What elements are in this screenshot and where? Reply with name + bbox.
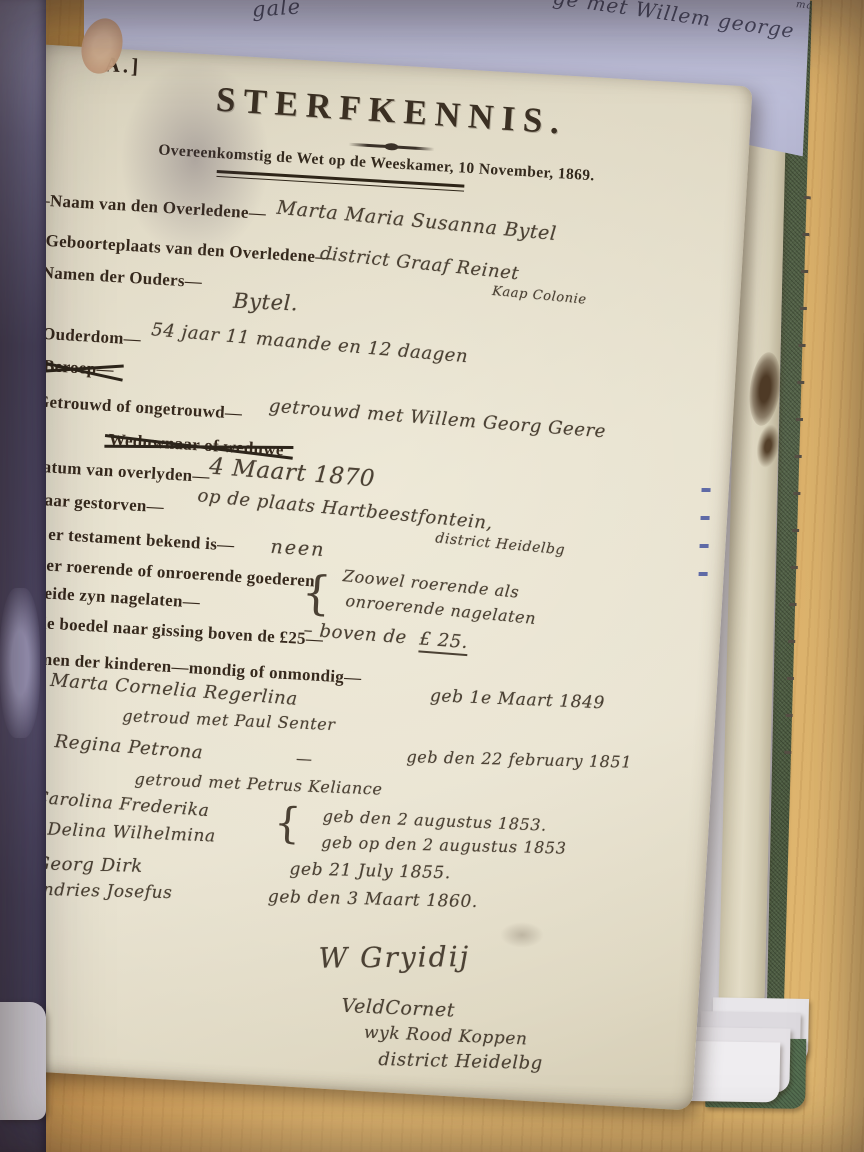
- field-datum-value: 4 Maart 1870: [208, 454, 376, 493]
- lavender-patch: [0, 588, 40, 738]
- child-name: Delina Wilhelmina: [47, 820, 216, 847]
- child-note: getroud met Paul Senter: [122, 706, 336, 734]
- top-sheet-handwriting-left: gale: [251, 0, 302, 22]
- bottom-left-page-edge: [0, 1002, 46, 1120]
- child-birth: geb op den 2 augustus 1853: [321, 833, 567, 858]
- field-testament-value: neen: [270, 536, 326, 561]
- field-boedel-label: —Is de boedel naar gissing boven de £25—: [1, 611, 324, 650]
- signature-role: VeldCornet: [341, 995, 455, 1022]
- child-birth: geb 1e Maart 1849: [430, 686, 606, 713]
- child-birth: geb den 3 Maart 1860.: [268, 887, 478, 912]
- field-geboorteplaats-value: district Graaf Reinet: [319, 243, 520, 284]
- field-ouders-value: Bytel.: [233, 289, 299, 316]
- child-name: Carolina Frederika: [35, 788, 211, 821]
- field-waar-value: op de plaats Hartbeestfontein,: [197, 485, 494, 534]
- field-naam-value: Marta Maria Susanna Bytel: [276, 197, 558, 245]
- child-name: Regina Petrona: [54, 731, 204, 763]
- goederen-brace: {: [300, 565, 332, 621]
- top-sheet-handwriting-right: ge met Willem george: [552, 0, 797, 43]
- field-geboorteplaats-value2: Kaap Colonie: [491, 284, 587, 308]
- title-ornament: [349, 143, 435, 151]
- field-boedel-value: – boven de £ 25.: [303, 620, 469, 654]
- field-getrouwd-label: —Getrouwd of ongetrouwd—: [18, 391, 243, 424]
- child-name: Georg Dirk: [35, 853, 143, 877]
- field-waar-value2: district Heidelbg: [435, 530, 566, 558]
- child-dash: —: [296, 749, 314, 769]
- child-note: getroud met Petrus Keliance: [134, 769, 383, 798]
- child-birth: geb den 2 augustus 1853.: [322, 806, 547, 834]
- field-weduwe-label-struck: Weduwnaar of weduwe: [108, 430, 284, 459]
- photo-of-death-notice: gale ge met Willem george ma A.] STERFKE…: [0, 0, 864, 1152]
- page-corner-stack: [675, 997, 827, 1120]
- child-birth: geb 21 July 1855.: [289, 859, 451, 883]
- page-smudge: [500, 922, 544, 948]
- signature-district: district Heidelbg: [378, 1049, 543, 1074]
- child-name: Andries Josefus: [30, 880, 173, 903]
- field-ouderdom-value: 54 jaar 11 maande en 12 daagen: [150, 319, 469, 367]
- boedel-amount: £ 25.: [418, 628, 469, 656]
- thumb-nail: [76, 14, 128, 78]
- signature-scribble: W Gryidij: [318, 940, 470, 975]
- field-getrouwd-value: getrouwd met Willem Georg Geere: [268, 396, 607, 443]
- child-birth: geb den 22 february 1851: [406, 747, 632, 772]
- signature-ward: wyk Rood Koppen: [364, 1023, 528, 1050]
- twins-brace: {: [273, 798, 303, 848]
